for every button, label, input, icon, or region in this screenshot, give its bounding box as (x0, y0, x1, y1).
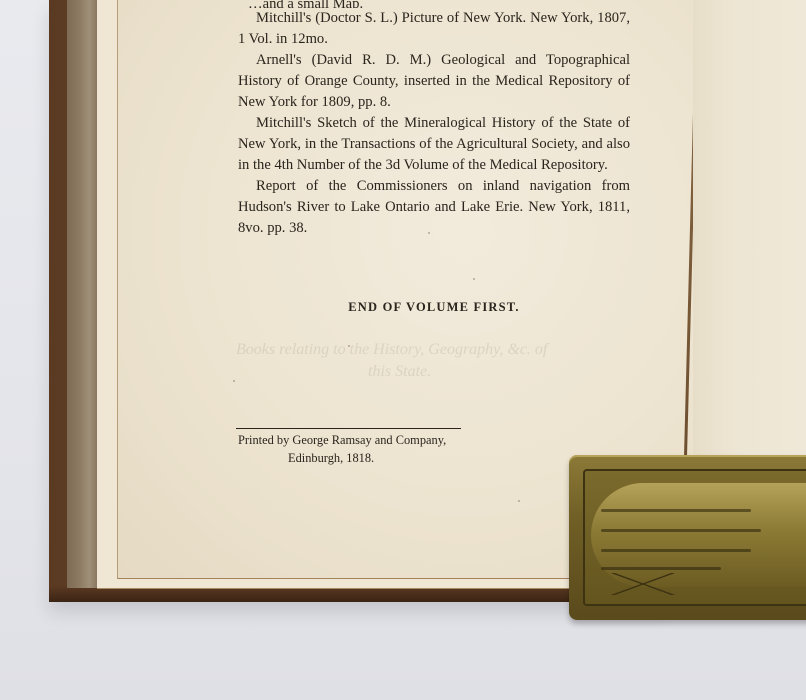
show-through-heading: Books relating to the History, Geography… (236, 340, 547, 359)
page-block-edges (67, 0, 99, 588)
bibliography-entry: Report of the Commissioners on inland na… (238, 176, 630, 239)
show-through-subheading: this State. (368, 362, 431, 381)
clip-cross-decoration (603, 573, 683, 595)
end-of-volume-heading: END OF VOLUME FIRST. (238, 300, 630, 315)
printer-imprint: Printed by George Ramsay and Company, Ed… (238, 431, 468, 467)
right-page (693, 0, 806, 460)
bibliography-text: …and a small Map. Mitchill's (Doctor S. … (238, 0, 630, 239)
cut-off-line: …and a small Map. (238, 0, 630, 8)
bibliography-entry: Mitchill's Sketch of the Mineralogical H… (238, 113, 630, 176)
imprint-printer: Printed by George Ramsay and Company, (238, 431, 468, 449)
imprint-place-date: Edinburgh, 1818. (238, 449, 468, 467)
bibliography-entry: Mitchill's (Doctor S. L.) Picture of New… (238, 8, 630, 50)
brass-hand-page-clip (569, 455, 806, 620)
bibliography-entry: Arnell's (David R. D. M.) Geological and… (238, 50, 630, 113)
hand-icon (591, 483, 806, 587)
imprint-rule (236, 428, 461, 429)
